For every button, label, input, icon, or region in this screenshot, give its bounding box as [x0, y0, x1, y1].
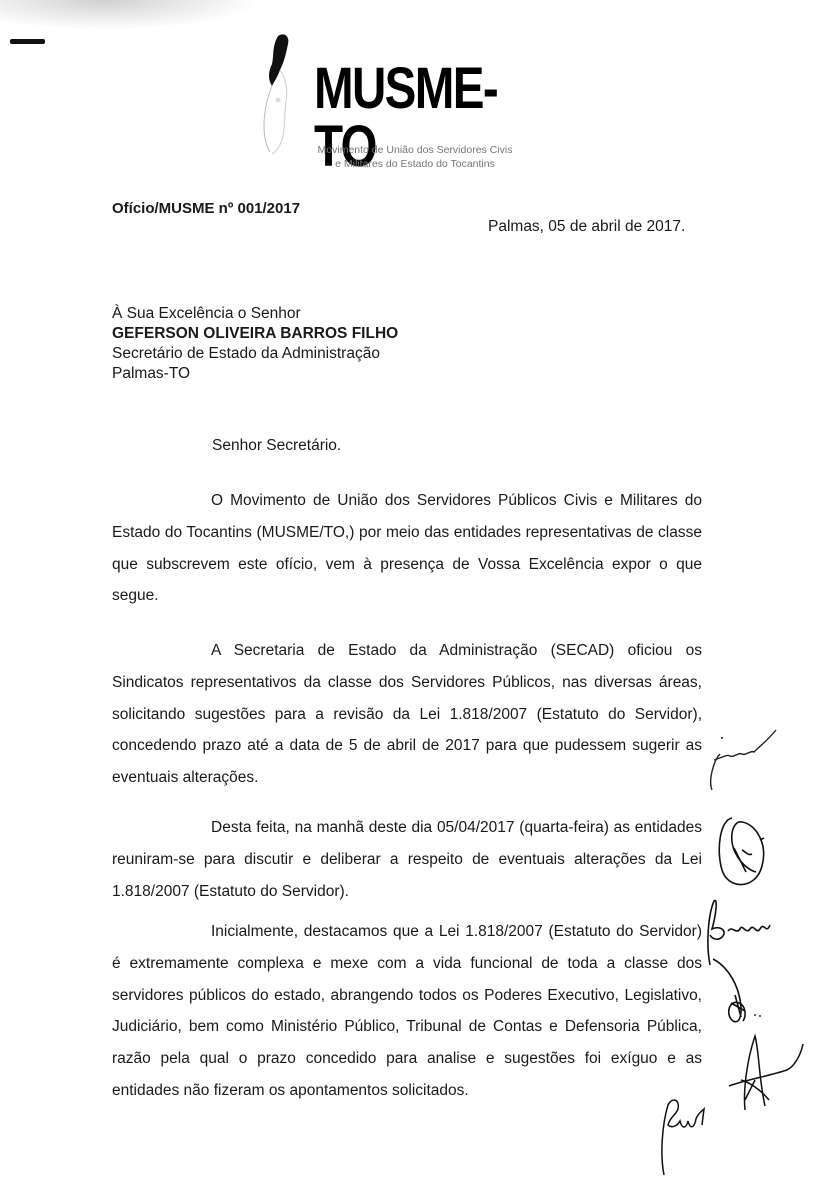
recipient-block: À Sua Excelência o Senhor GEFERSON OLIVE…	[112, 304, 398, 384]
tocantins-map-icon	[250, 30, 320, 155]
signature-4	[705, 955, 775, 1035]
office-number: Ofício/MUSME nº 001/2017	[112, 199, 300, 218]
scan-shadow	[0, 0, 260, 30]
logo-subtitle-line2: e Militares do Estado do Tocantins	[315, 157, 515, 171]
greeting: Senhor Secretário.	[212, 436, 341, 455]
paragraph-1: O Movimento de União dos Servidores Públ…	[112, 485, 702, 612]
musme-logo: MUSME-TO Movimento de União dos Servidor…	[250, 30, 580, 155]
recipient-name: GEFERSON OLIVEIRA BARROS FILHO	[112, 324, 398, 344]
date-line: Palmas, 05 de abril de 2017.	[488, 217, 685, 236]
recipient-title: Secretário de Estado da Administração	[112, 344, 398, 364]
recipient-salutation: À Sua Excelência o Senhor	[112, 304, 398, 324]
logo-subtitle: Movimento de União dos Servidores Civis …	[315, 143, 515, 171]
margin-mark	[10, 39, 45, 44]
recipient-location: Palmas-TO	[112, 364, 398, 384]
paragraph-3: Desta feita, na manhã deste dia 05/04/20…	[112, 812, 702, 907]
paragraph-2: A Secretaria de Estado da Administração …	[112, 635, 702, 794]
signature-2	[712, 810, 772, 895]
logo-subtitle-line1: Movimento de União dos Servidores Civis	[315, 143, 515, 157]
paragraph-4: Inicialmente, destacamos que a Lei 1.818…	[112, 916, 702, 1107]
signature-5	[725, 1030, 805, 1115]
signature-6	[650, 1095, 710, 1180]
signature-1	[700, 720, 780, 800]
